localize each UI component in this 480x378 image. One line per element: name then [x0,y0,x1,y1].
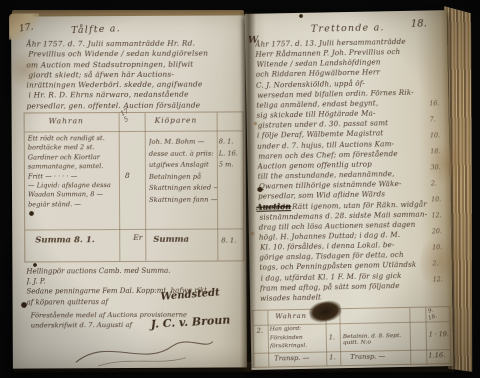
goods-entries: Han gjord:Förskindenförsäkringsl. [270,325,324,352]
book-gutter-shadow [240,12,256,368]
right-page-number: 18. [411,18,427,29]
row-mark: 2. [257,327,263,335]
transport-right: Transp. — [350,352,385,361]
column-header-buyer: Kiöparen [155,116,198,125]
left-page-heading: Tålfte a. [71,23,121,36]
left-page: 17. Tålfte a. Åhr 1757. d. 7. Julii samm… [11,15,247,368]
right-page-body: Åhr 1757. d. 13. Julii hersammanträddeHe… [255,36,436,303]
column-header-goods: Wahran [275,312,306,321]
summa-amount: 8. 1. [221,236,236,244]
goods-amount: 1. [329,333,335,341]
left-page-number: 17. [18,23,34,35]
table-rule [409,308,411,364]
table-rule [25,130,243,132]
table-rule [25,228,243,230]
table-rule [145,113,147,261]
right-page-ledger-table: 2. Wahran Han gjord:Förskindenförsäkring… [252,306,451,368]
summa-mid: Er [133,233,142,242]
ink-spot [29,211,34,216]
column-header-goods: Wahran [49,116,84,125]
goods-amount: 8 [125,171,130,180]
ink-spot [257,187,263,192]
ink-spot [21,302,27,308]
summa-left: Summa 8. 1. [35,235,95,245]
payment-note: Betalnin. d. 8. Sept. quitt. N:o [343,333,409,346]
left-page-body: Åhr 1757. d. 7. Julii sammanträdde Hr. R… [26,38,236,111]
edge-stain [10,48,40,92]
signature-flourish [68,332,218,371]
ink-spot [33,263,37,267]
right-page: 18. W Trettonde a. Åhr 1757. d. 13. Juli… [245,10,454,370]
summa-right: Summa [153,235,189,245]
goods-entries: Ett rödt och randigt st.bordtäcke med 2 … [28,134,118,210]
ink-spot [299,14,303,18]
fox-spot [250,231,255,236]
inked-word: Auction [256,201,291,212]
table-rule [119,113,121,261]
left-page-post-lines: Hellingpör auctions Camb. med Summa.J. J… [26,265,236,307]
right-page-heading: Trettonde a. [311,22,385,34]
corner-marks: 9.18. [428,307,437,321]
fox-spot [253,121,258,126]
left-page-ledger-table: Wahran Kiöparen 175 Ett rödt och randigt… [24,111,245,262]
buyer-entries: Joh. M. Bohm —desse auct. à priis:utgifw… [149,137,217,206]
payment-amount: 1 · 19. [429,331,449,338]
edge-stain [420,232,462,292]
edge-stain [430,140,464,188]
transport-left-amount: 1. [329,353,336,361]
transport-right-amount: 1.16. [428,351,445,359]
manuscript-photo: 17. Tålfte a. Åhr 1757. d. 7. Julii samm… [0,0,480,378]
transport-left: Transp. — [274,354,309,363]
